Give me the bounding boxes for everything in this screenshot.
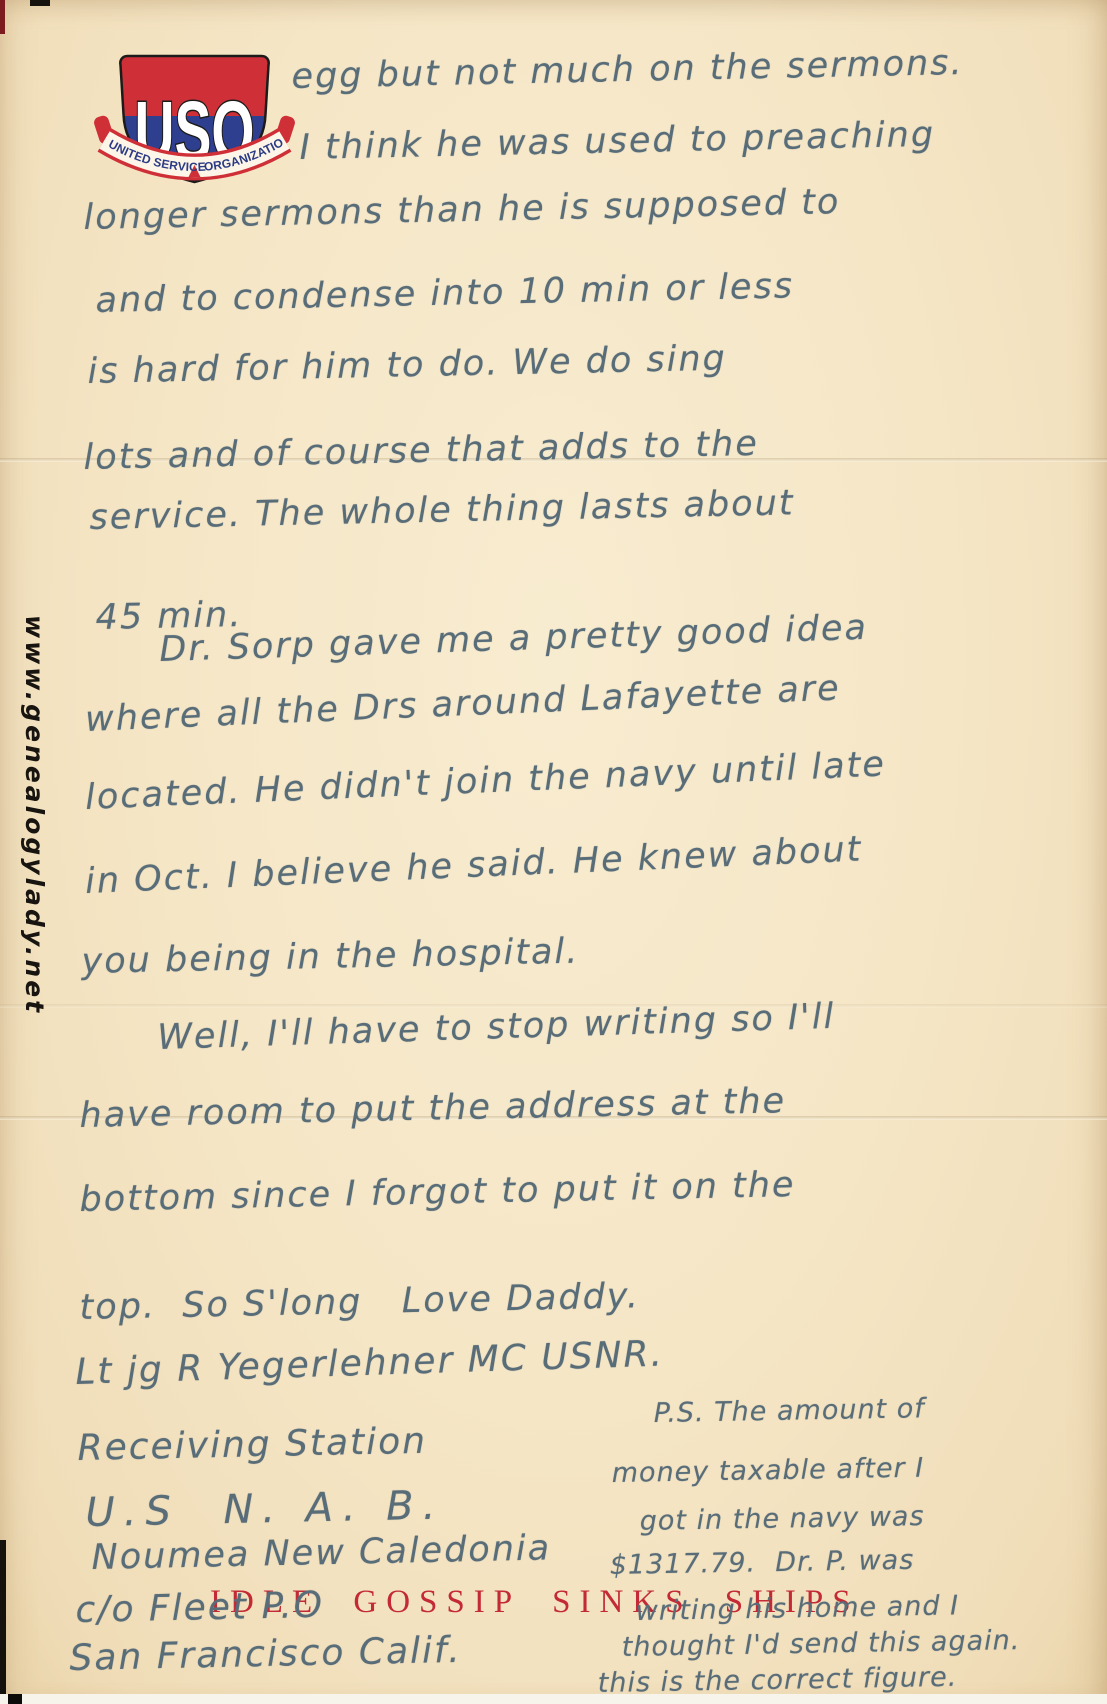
scan-edge-mark [0, 0, 5, 34]
signature-line: U.S N. A. B. [85, 1482, 445, 1536]
letter-line: you being in the hospital. [81, 932, 580, 982]
watermark: www.genealogylady.net [20, 615, 49, 1015]
ps-line: got in the navy was [639, 1501, 924, 1537]
uso-logo: USO UNITED SERVICE ORGANIZATIONS [92, 52, 297, 202]
ps-line: P.S. The amount of [653, 1393, 925, 1429]
letter-line: located. He didn't join the navy until l… [84, 744, 886, 818]
letter-line: service. The whole thing lasts about [89, 483, 795, 538]
letter-line: Dr. Sorp gave me a pretty good idea [159, 608, 869, 670]
signature-line: Lt jg R Yegerlehner MC USNR. [75, 1334, 665, 1393]
ps-line: money taxable after I [611, 1453, 924, 1489]
ps-line: writing his home and I [635, 1590, 959, 1627]
signature-line: San Francisco Calif. [69, 1630, 462, 1679]
scan-edge-mark [0, 1540, 6, 1704]
letter-line: top. So S'long Love Daddy. [79, 1276, 640, 1328]
signature-line: c/o Fleet P.O [75, 1585, 324, 1631]
letter-line: egg but not much on the sermons. [291, 43, 964, 97]
letter-line: in Oct. I believe he said. He knew about [84, 829, 863, 902]
letter-page: USO UNITED SERVICE ORGANIZATIONS www.gen… [0, 0, 1107, 1704]
letter-line: have room to put the address at the [79, 1081, 786, 1136]
scan-bottom-border [0, 1694, 1107, 1704]
scan-edge-mark [8, 1694, 22, 1704]
ps-line: thought I'd send this again. [621, 1625, 1020, 1663]
ps-line: $1317.79. Dr. P. was [609, 1545, 914, 1581]
letter-line: where all the Drs around Lafayette are [84, 668, 841, 740]
signature-line: Noumea New Caledonia [91, 1528, 551, 1578]
letter-line: lots and of course that adds to the [83, 424, 759, 478]
letter-line: is hard for him to do. We do sing [87, 339, 727, 392]
letter-line: and to condense into 10 min or less [95, 266, 794, 321]
letter-line: bottom since I forgot to put it on the [79, 1165, 796, 1220]
signature-line: Receiving Station [77, 1421, 427, 1469]
letter-line: I think he was used to preaching [299, 115, 935, 168]
scan-edge-mark [30, 0, 50, 6]
